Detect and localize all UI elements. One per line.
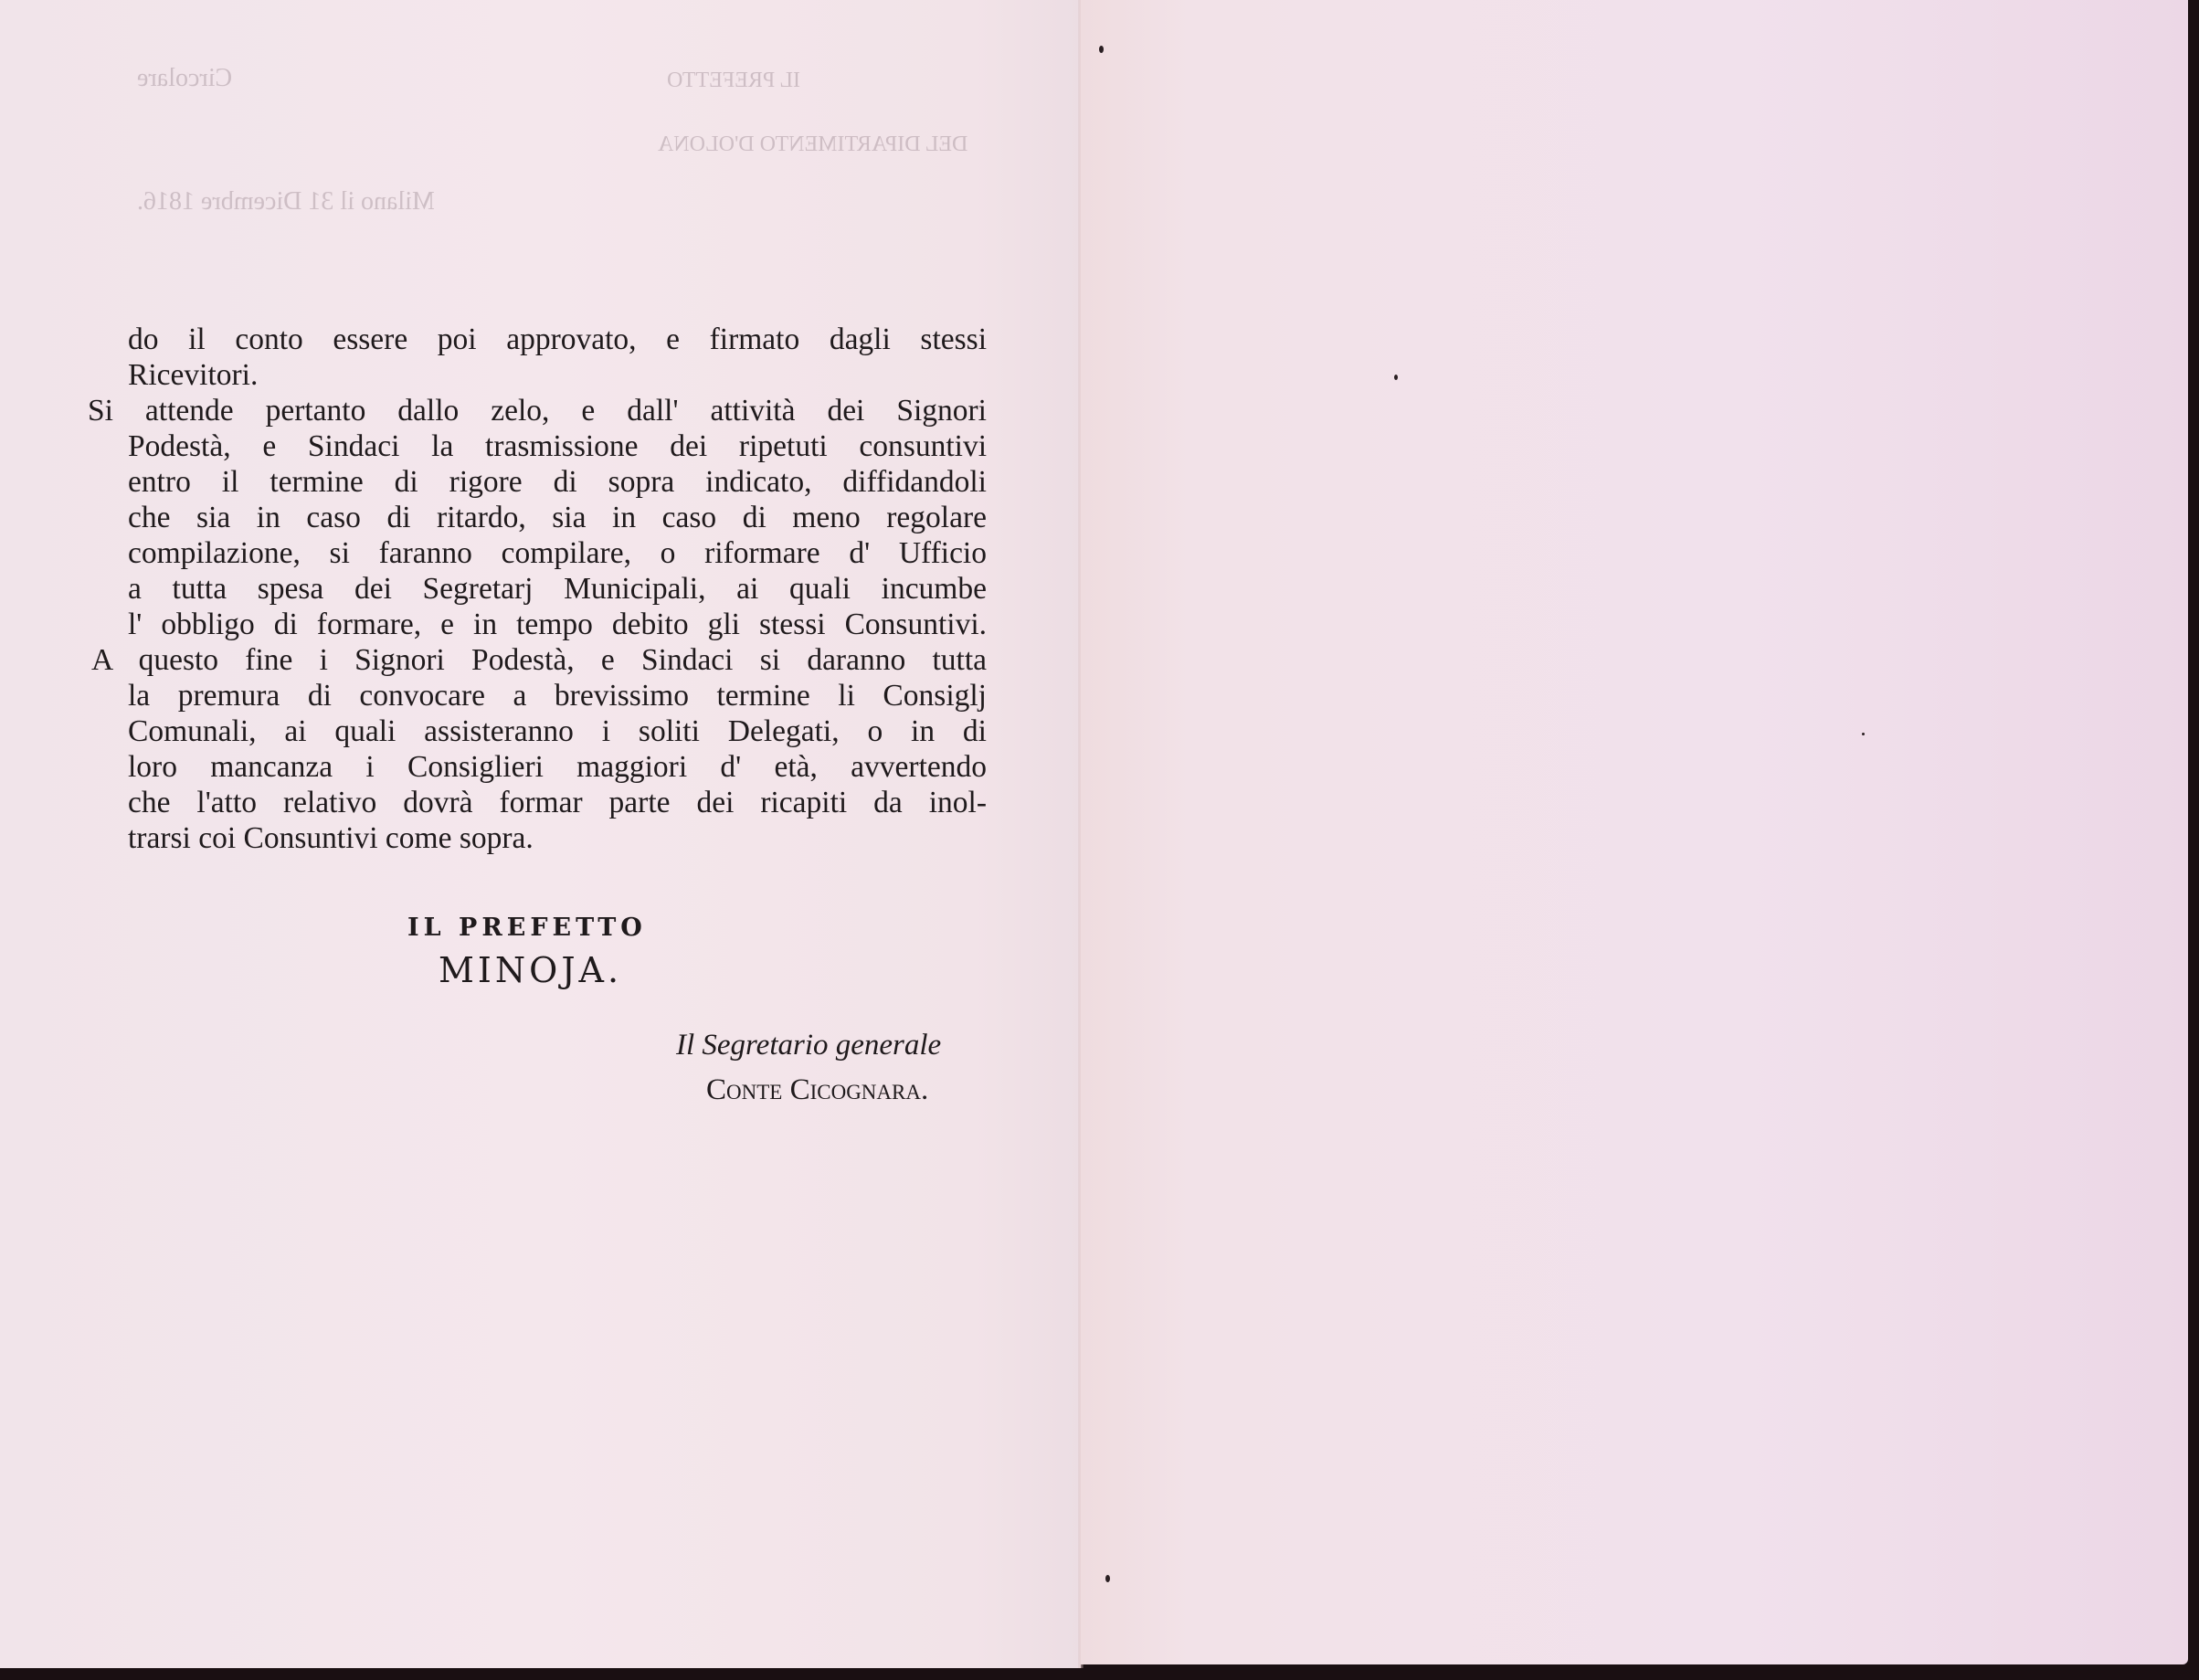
paragraph: do il conto essere poi approvato, e firm… <box>91 322 987 393</box>
text-line: che l'atto relativo dovrà formar parte d… <box>91 785 987 820</box>
paper-speck <box>1394 375 1398 380</box>
bleed-through-text: Milano il 31 Dicembre 1816. <box>137 187 435 217</box>
text-line: che sia in caso di ritardo, sia in caso … <box>91 500 987 535</box>
text-line: l' obbligo di formare, e in tempo debito… <box>91 607 987 642</box>
text-line: trarsi coi Consuntivi come sopra. <box>91 820 987 856</box>
bleed-through-text: IL PREFETTO <box>667 69 800 93</box>
text-line: do il conto essere poi approvato, e firm… <box>91 322 987 357</box>
text-line: A questo fine i Signori Podestà, e Sinda… <box>91 642 987 678</box>
right-page <box>1081 0 2188 1664</box>
paper-speck <box>1862 733 1865 735</box>
secretary-title: Il Segretario generale <box>676 1029 941 1062</box>
document-spread: Circolare Milano il 31 Dicembre 1816. IL… <box>0 0 2199 1670</box>
text-line: compilazione, si faranno compilare, o ri… <box>91 535 987 571</box>
text-line: Podestà, e Sindaci la trasmissione dei r… <box>91 428 987 464</box>
bleed-through-text: Circolare <box>137 64 232 93</box>
text-line: Si attende pertanto dallo zelo, e dall' … <box>88 393 987 428</box>
text-line: Comunali, ai quali assisteranno i soliti… <box>91 713 987 749</box>
text-line: loro mancanza i Consiglieri maggiori d' … <box>91 749 987 785</box>
text-line: Ricevitori. <box>91 357 987 393</box>
paper-speck <box>1099 46 1104 53</box>
paragraph: Si attende pertanto dallo zelo, e dall' … <box>91 393 987 642</box>
paragraph: A questo fine i Signori Podestà, e Sinda… <box>91 642 987 856</box>
text-line: la premura di convocare a brevissimo ter… <box>91 678 987 713</box>
bleed-through-text: DEL DIPARTIMENTO D'OLONA <box>658 132 967 157</box>
background-edge <box>2188 0 2199 1680</box>
left-page: Circolare Milano il 31 Dicembre 1816. IL… <box>0 0 1081 1668</box>
paper-speck <box>1105 1575 1110 1582</box>
prefect-name: MINOJA. <box>439 950 622 990</box>
secretary-name: Conte Cicognara. <box>706 1073 928 1107</box>
text-line: entro il termine di rigore di sopra indi… <box>91 464 987 500</box>
text-line: a tutta spesa dei Segretarj Municipali, … <box>91 571 987 607</box>
prefect-title: IL PREFETTO <box>407 914 647 942</box>
body-text: do il conto essere poi approvato, e firm… <box>91 322 987 856</box>
